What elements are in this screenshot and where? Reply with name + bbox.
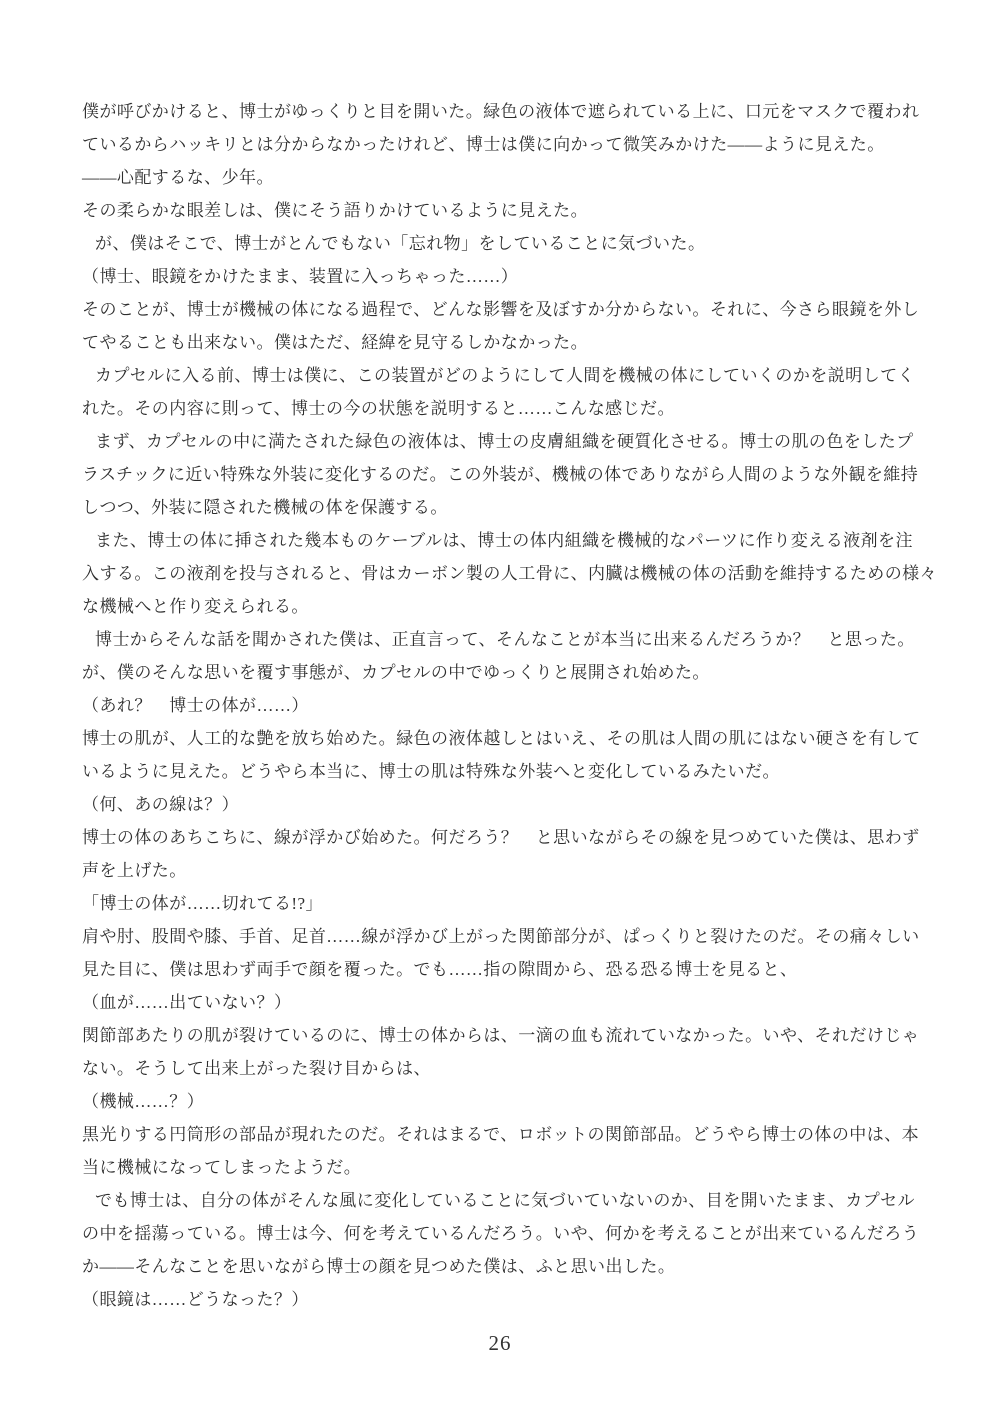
text-line: （機械……？） [82, 1085, 927, 1118]
text-line: （血が……出ていない？） [82, 986, 927, 1019]
body-text: 僕が呼びかけると、博士がゆっくりと目を開いた。緑色の液体で遮られている上に、口元… [82, 95, 927, 1316]
text-line: 僕が呼びかけると、博士がゆっくりと目を開いた。緑色の液体で遮られている上に、口元… [82, 95, 927, 128]
text-line: （眼鏡は……どうなった？） [82, 1283, 927, 1316]
text-line: そのことが、博士が機械の体になる過程で、どんな影響を及ぼすか分からない。それに、… [82, 293, 927, 326]
text-line: ているからハッキリとは分からなかったけれど、博士は僕に向かって微笑みかけた――よ… [82, 128, 927, 161]
text-line: 肩や肘、股間や膝、手首、足首……線が浮かび上がった関節部分が、ぱっくりと裂けたの… [82, 920, 927, 953]
text-line: ラスチックに近い特殊な外装に変化するのだ。この外装が、機械の体でありながら人間の… [82, 458, 927, 491]
text-line: カプセルに入る前、博士は僕に、この装置がどのようにして人間を機械の体にしていくの… [82, 359, 927, 392]
text-line: 博士の体のあちこちに、線が浮かび始めた。何だろう？ と思いながらその線を見つめて… [82, 821, 927, 854]
text-line: また、博士の体に挿された幾本ものケーブルは、博士の体内組織を機械的なパーツに作り… [82, 524, 927, 557]
text-line: その柔らかな眼差しは、僕にそう語りかけているように見えた。 [82, 194, 927, 227]
text-line: 「博士の体が……切れてる!?」 [82, 887, 927, 920]
text-line: ない。そうして出来上がった裂け目からは、 [82, 1052, 927, 1085]
text-line: 黒光りする円筒形の部品が現れたのだ。それはまるで、ロボットの関節部品。どうやら博… [82, 1118, 927, 1151]
text-line: （博士、眼鏡をかけたまま、装置に入っちゃった……） [82, 260, 927, 293]
text-line: （何、あの線は？） [82, 788, 927, 821]
text-line: 博士からそんな話を聞かされた僕は、正直言って、そんなことが本当に出来るんだろうか… [82, 623, 927, 656]
document-page: 僕が呼びかけると、博士がゆっくりと目を開いた。緑色の液体で遮られている上に、口元… [0, 0, 1000, 1413]
text-line: の中を揺蕩っている。博士は今、何を考えているんだろう。いや、何かを考えることが出… [82, 1217, 927, 1250]
text-line: しつつ、外装に隠された機械の体を保護する。 [82, 491, 927, 524]
text-line: な機械へと作り変えられる。 [82, 590, 927, 623]
text-line: 当に機械になってしまったようだ。 [82, 1151, 927, 1184]
text-line: が、僕はそこで、博士がとんでもない「忘れ物」をしていることに気づいた。 [82, 227, 927, 260]
text-line: 関節部あたりの肌が裂けているのに、博士の体からは、一滴の血も流れていなかった。い… [82, 1019, 927, 1052]
text-line: れた。その内容に則って、博士の今の状態を説明すると……こんな感じだ。 [82, 392, 927, 425]
text-line: 博士の肌が、人工的な艶を放ち始めた。緑色の液体越しとはいえ、その肌は人間の肌には… [82, 722, 927, 755]
page-number: 26 [0, 1331, 1000, 1356]
text-line: てやることも出来ない。僕はただ、経緯を見守るしかなかった。 [82, 326, 927, 359]
text-line: いるように見えた。どうやら本当に、博士の肌は特殊な外装へと変化しているみたいだ。 [82, 755, 927, 788]
text-line: でも博士は、自分の体がそんな風に変化していることに気づいていないのか、目を開いた… [82, 1184, 927, 1217]
text-line: （あれ？ 博士の体が……） [82, 689, 927, 722]
text-line: が、僕のそんな思いを覆す事態が、カプセルの中でゆっくりと展開され始めた。 [82, 656, 927, 689]
text-line: まず、カプセルの中に満たされた緑色の液体は、博士の皮膚組織を硬質化させる。博士の… [82, 425, 927, 458]
text-line: ――心配するな、少年。 [82, 161, 927, 194]
text-line: 見た目に、僕は思わず両手で顔を覆った。でも……指の隙間から、恐る恐る博士を見ると… [82, 953, 927, 986]
text-line: 声を上げた。 [82, 854, 927, 887]
text-line: 入する。この液剤を投与されると、骨はカーボン製の人工骨に、内臓は機械の体の活動を… [82, 557, 927, 590]
text-line: か――そんなことを思いながら博士の顔を見つめた僕は、ふと思い出した。 [82, 1250, 927, 1283]
